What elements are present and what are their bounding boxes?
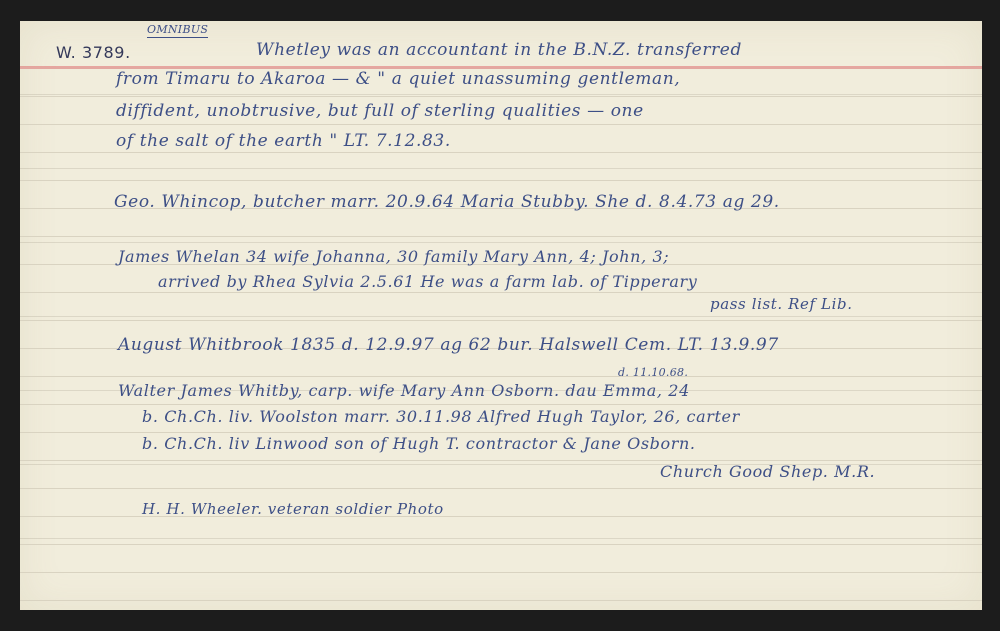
entry-line: Whetley was an accountant in the B.N.Z. …	[256, 40, 742, 60]
ruled-line	[20, 404, 982, 405]
entry-line: August Whitbrook 1835 d. 12.9.97 ag 62 b…	[118, 335, 779, 355]
ruled-line	[20, 460, 982, 461]
ruled-line	[20, 96, 982, 97]
ruled-line	[20, 488, 982, 489]
entry-line: arrived by Rhea Sylvia 2.5.61 He was a f…	[158, 272, 697, 291]
entry-line: b. Ch.Ch. liv. Woolston marr. 30.11.98 A…	[142, 407, 740, 426]
entry-line: pass list. Ref Lib.	[710, 295, 853, 313]
ruled-line	[20, 544, 982, 545]
entry-line: James Whelan 34 wife Johanna, 30 family …	[118, 247, 669, 266]
entry-line: Walter James Whitby, carp. wife Mary Ann…	[118, 381, 690, 400]
ruled-line	[20, 572, 982, 573]
entry-line: b. Ch.Ch. liv Linwood son of Hugh T. con…	[142, 434, 696, 453]
ruled-line	[20, 600, 982, 601]
ruled-line	[20, 432, 982, 433]
entry-line: of the salt of the earth " LT. 7.12.83.	[116, 131, 451, 151]
ruled-line	[20, 292, 982, 293]
ruled-line	[20, 180, 982, 181]
ruled-line	[20, 236, 982, 237]
ruled-line	[20, 320, 982, 321]
entry-line: Church Good Shep. M.R.	[660, 462, 875, 481]
card-reference-number: W. 3789.	[56, 43, 131, 62]
index-card: OMNIBUS W. 3789. Whetley was an accounta…	[20, 21, 982, 610]
entry-line: Geo. Whincop, butcher marr. 20.9.64 Mari…	[114, 192, 780, 212]
entry-annotation: d. 11.10.68.	[618, 366, 688, 379]
ruled-line	[20, 124, 982, 125]
entry-line: from Timaru to Akaroa — & " a quiet unas…	[116, 69, 680, 89]
reference-note: OMNIBUS	[147, 23, 208, 38]
ruled-line	[20, 376, 982, 377]
ruled-line	[20, 152, 982, 153]
entry-line: H. H. Wheeler. veteran soldier Photo	[142, 500, 444, 518]
entry-line: diffident, unobtrusive, but full of ster…	[116, 101, 644, 121]
